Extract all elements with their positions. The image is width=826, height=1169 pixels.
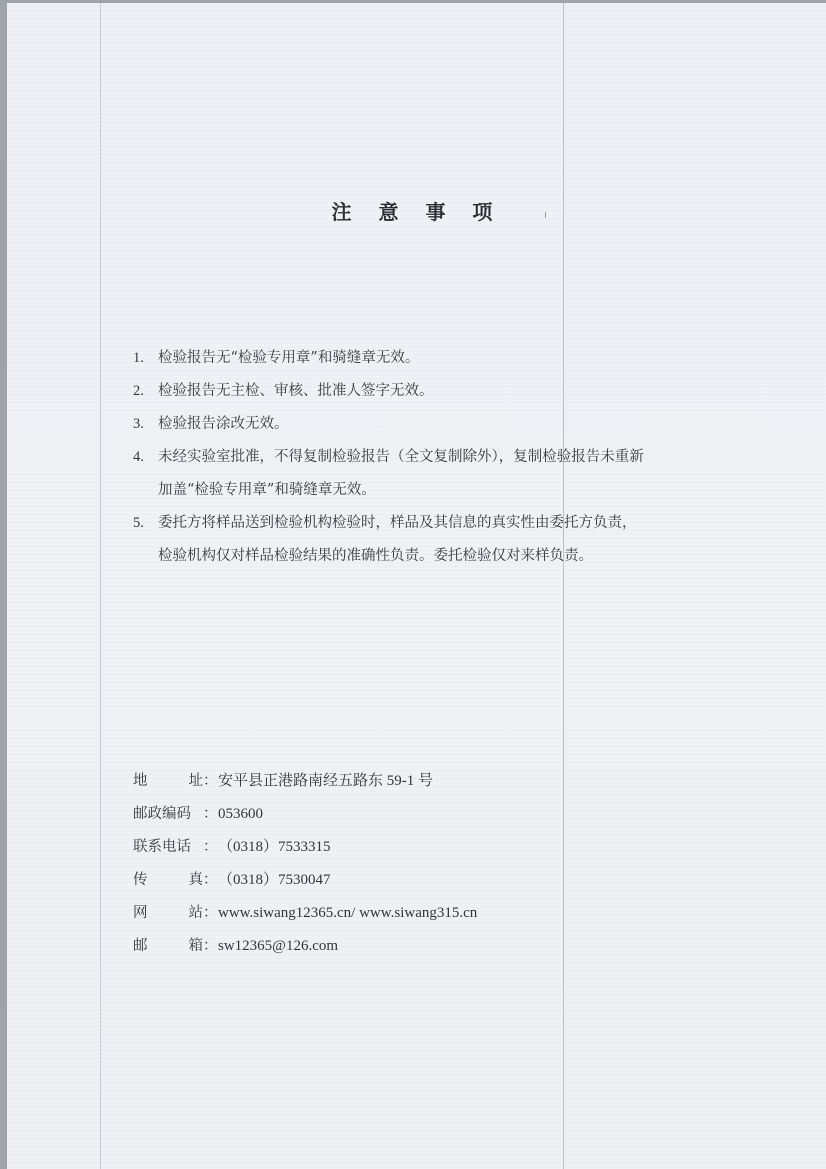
contact-postcode: 邮政编码 ： 053600: [133, 798, 477, 831]
notice-item-5: 5. 委托方将样品送到检验机构检验时，样品及其信息的真实性由委托方负责， 检验机…: [133, 507, 733, 573]
website-link[interactable]: www.siwang12365.cn/ www.siwang315.cn: [218, 897, 477, 930]
address-value: 安平县正港路南经五路东 59-1 号: [218, 765, 433, 798]
notice-text: 检验机构仅对样品检验结果的准确性负责。委托检验仅对来样负责。: [158, 540, 733, 573]
contact-email: 邮 箱 ： sw12365@126.com: [133, 930, 477, 963]
contact-info: 地 址 ： 安平县正港路南经五路东 59-1 号 邮政编码 ： 053600 联…: [133, 765, 477, 963]
contact-address: 地 址 ： 安平县正港路南经五路东 59-1 号: [133, 765, 477, 798]
postcode-value: 053600: [218, 798, 263, 831]
notice-item-2: 2. 检验报告无主检、审核、批准人签字无效。: [133, 375, 733, 408]
email-link[interactable]: sw12365@126.com: [218, 930, 338, 963]
notice-text: 检验报告涂改无效。: [158, 408, 733, 441]
margin-line: [100, 3, 101, 1169]
notice-number: 3.: [133, 408, 158, 441]
notice-text: 检验报告无主检、审核、批准人签字无效。: [158, 375, 733, 408]
notice-number: 5.: [133, 507, 158, 573]
notice-number: 4.: [133, 441, 158, 507]
contact-website: 网 站 ： www.siwang12365.cn/ www.siwang315.…: [133, 897, 477, 930]
page-title: 注 意 事 项: [0, 196, 826, 225]
contact-fax: 传 真 ： （0318）7530047: [133, 864, 477, 897]
notice-text: 委托方将样品送到检验机构检验时，样品及其信息的真实性由委托方负责，: [158, 507, 733, 540]
notice-text: 检验报告无“检验专用章”和骑缝章无效。: [158, 342, 733, 375]
notice-item-4: 4. 未经实验室批准，不得复制检验报告（全文复制除外），复制检验报告未重新 加盖…: [133, 441, 733, 507]
contact-label: 邮 箱: [133, 930, 203, 963]
fax-value: （0318）7530047: [218, 864, 331, 897]
notice-item-1: 1. 检验报告无“检验专用章”和骑缝章无效。: [133, 342, 733, 375]
phone-value: （0318）7533315: [218, 831, 331, 864]
contact-label: 联系电话: [133, 831, 203, 864]
notice-number: 2.: [133, 375, 158, 408]
contact-label: 地 址: [133, 765, 203, 798]
contact-label: 传 真: [133, 864, 203, 897]
contact-label: 网 站: [133, 897, 203, 930]
notice-text: 加盖“检验专用章”和骑缝章无效。: [158, 474, 733, 507]
notice-text: 未经实验室批准，不得复制检验报告（全文复制除外），复制检验报告未重新: [158, 441, 733, 474]
contact-phone: 联系电话 ： （0318）7533315: [133, 831, 477, 864]
notice-number: 1.: [133, 342, 158, 375]
notice-item-3: 3. 检验报告涂改无效。: [133, 408, 733, 441]
fold-line: [563, 3, 564, 1169]
contact-label: 邮政编码: [133, 798, 203, 831]
notice-list: 1. 检验报告无“检验专用章”和骑缝章无效。 2. 检验报告无主检、审核、批准人…: [133, 342, 733, 573]
document-page: [7, 3, 826, 1169]
